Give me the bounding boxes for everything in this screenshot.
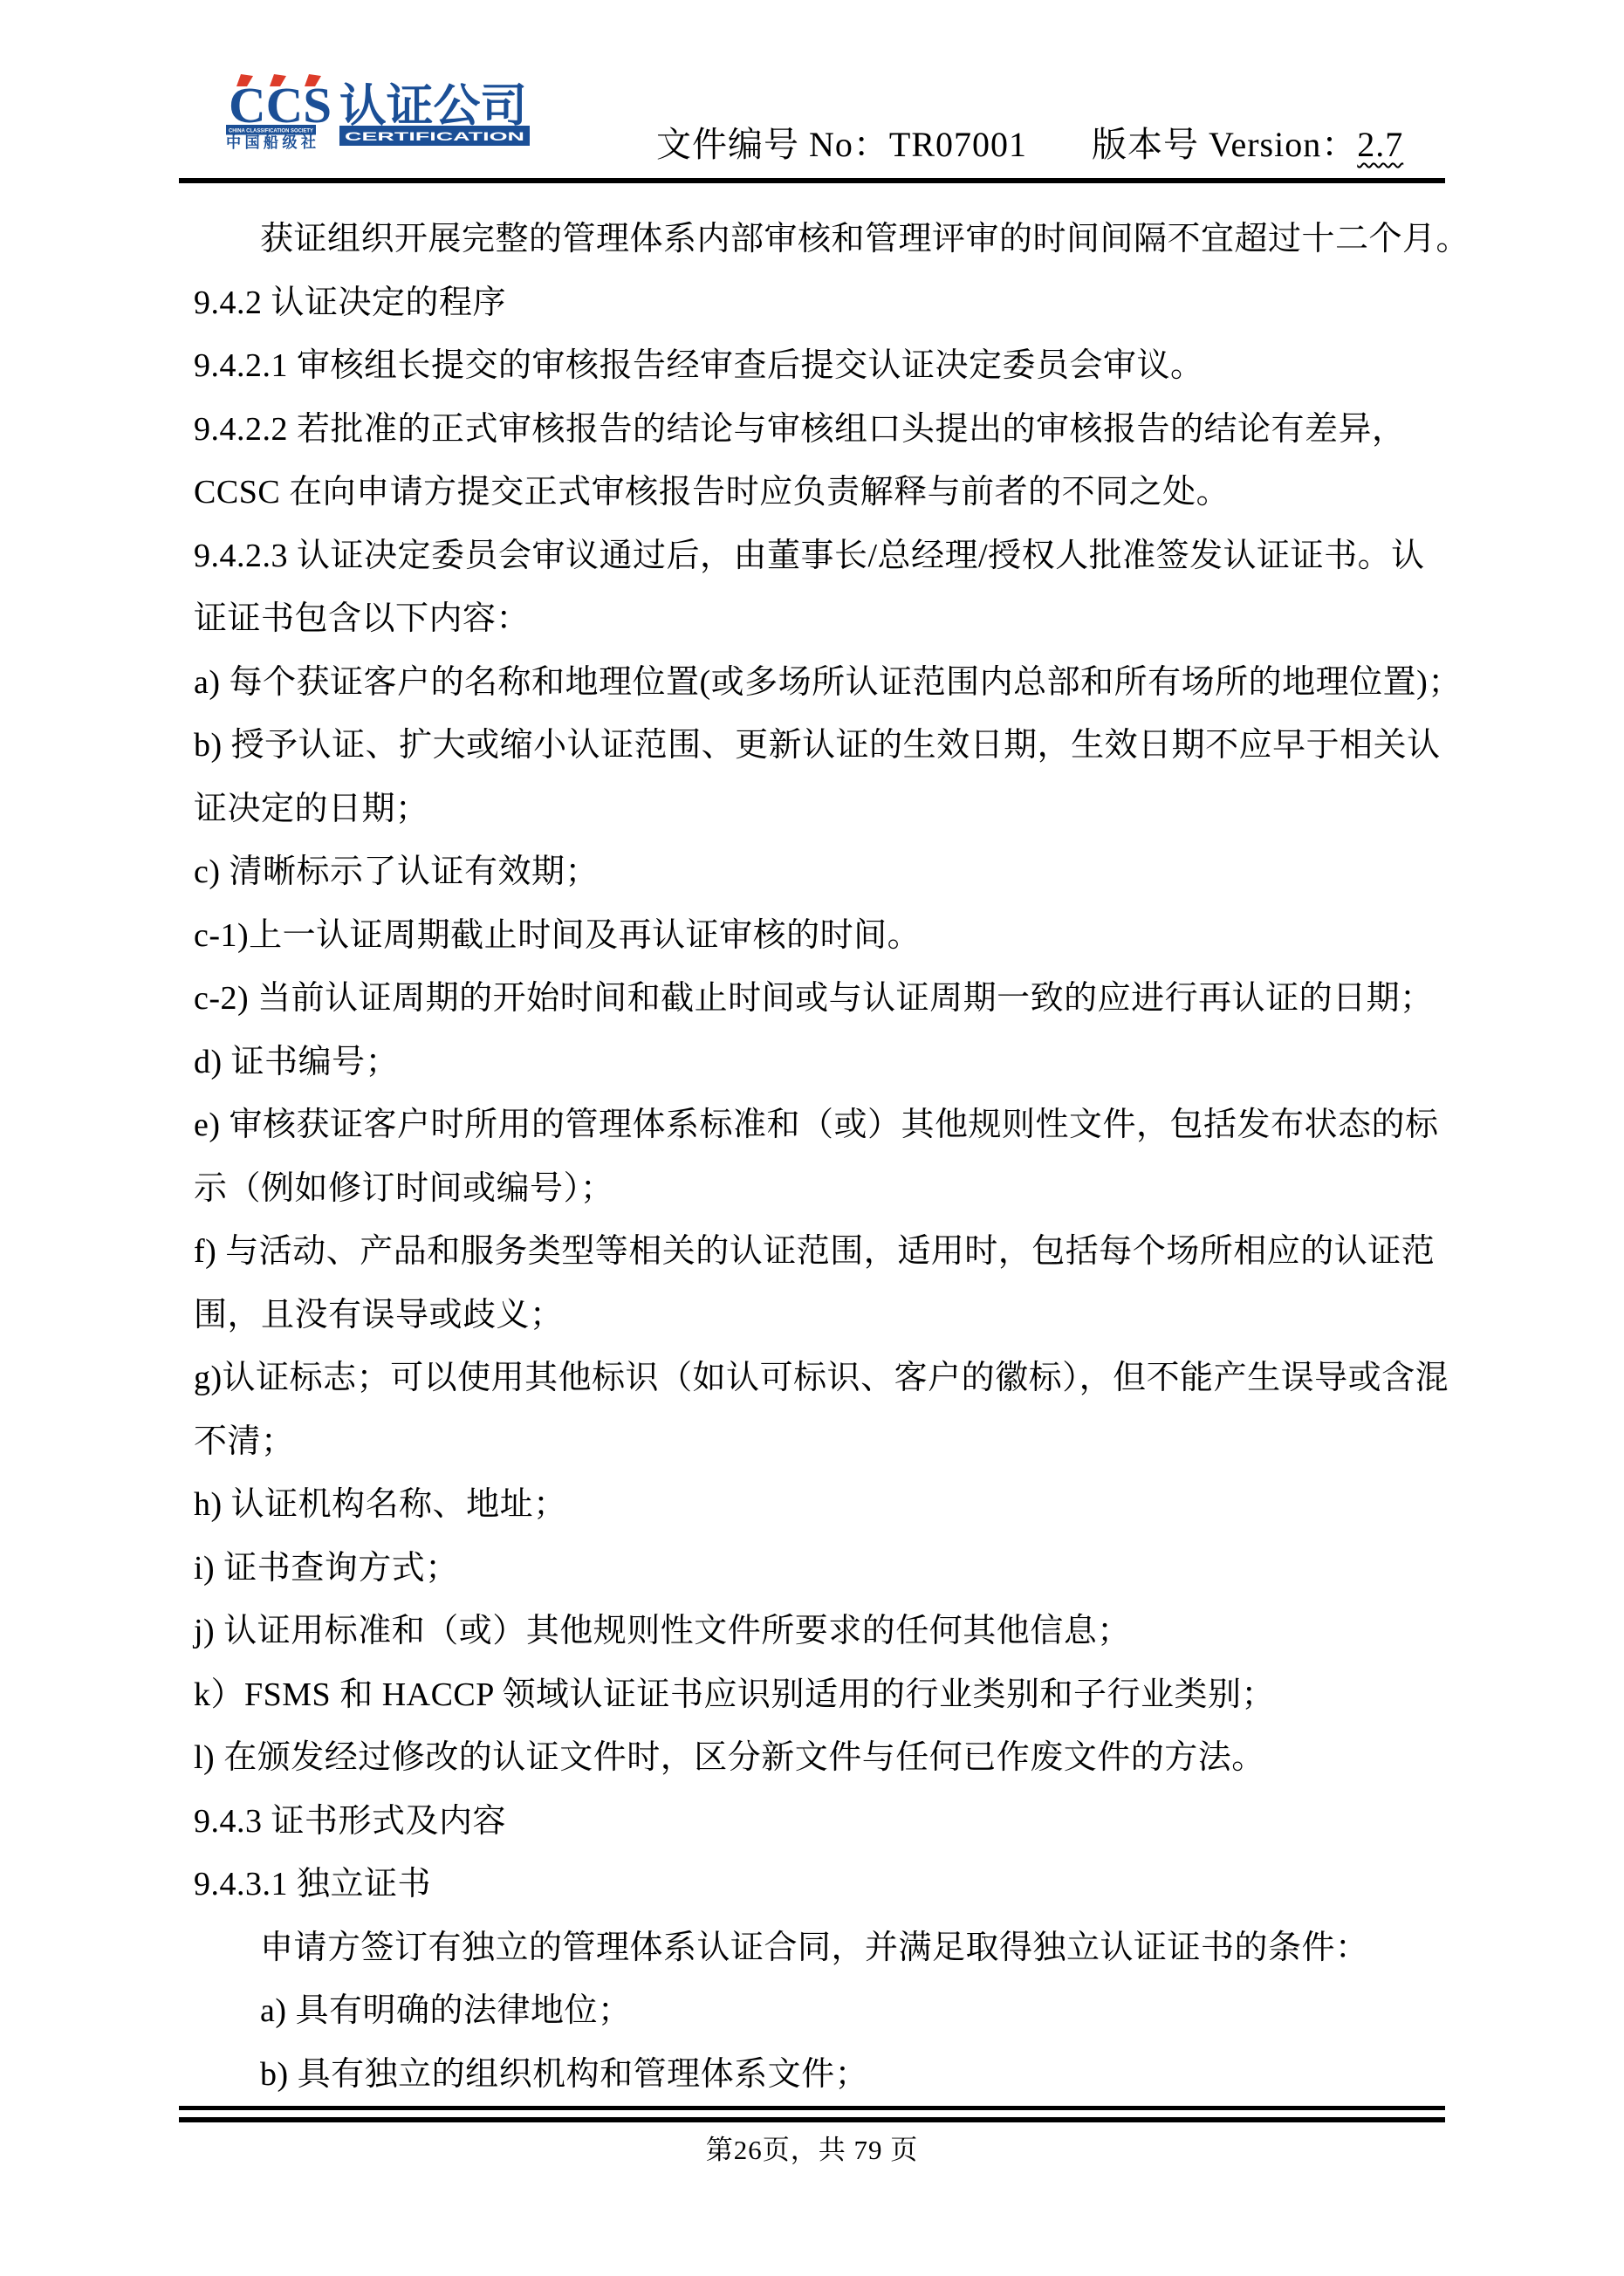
body-line: d) 证书编号； (194, 1031, 1447, 1094)
logo-society-en-text: CHINA CLASSIFICATION SOCIETY (229, 129, 313, 134)
body-line: g)认证标志；可以使用其他标识（如认可标识、客户的徽标），但不能产生误导或含混 (194, 1347, 1447, 1410)
footer-divider-top (179, 2106, 1445, 2110)
header-meta: 文件编号 No：TR07001版本号 Version：2.7 (656, 117, 1403, 167)
body-line: 证决定的日期； (194, 778, 1447, 841)
body-line: f) 与活动、产品和服务类型等相关的认证范围，适用时，包括每个场所相应的认证范 (194, 1220, 1447, 1284)
body-line: 示（例如修订时间或编号）； (194, 1157, 1447, 1221)
ccs-company-logo-icon: CCS CHINA CLASSIFICATION SOCIETY 中 国 船 级… (226, 72, 530, 150)
body-line: c) 清晰标示了认证有效期； (194, 840, 1447, 904)
body-line: j) 认证用标准和（或）其他规则性文件所要求的任何其他信息； (194, 1600, 1447, 1663)
body-line: 9.4.2.3 认证决定委员会审议通过后，由董事长/总经理/授权人批准签发认证证… (194, 524, 1447, 588)
body-line: l) 在颁发经过修改的认证文件时，区分新文件与任何已作废文件的方法。 (194, 1726, 1447, 1790)
document-page: CCS CHINA CLASSIFICATION SOCIETY 中 国 船 级… (0, 0, 1624, 2276)
body-line: h) 认证机构名称、地址； (194, 1473, 1447, 1537)
body-line: a) 具有明确的法律地位； (194, 1979, 1447, 2043)
body-line: b) 授予认证、扩大或缩小认证范围、更新认证的生效日期，生效日期不应早于相关认 (194, 714, 1447, 778)
footer-divider-bottom (179, 2117, 1445, 2122)
body-line: 9.4.2.2 若批准的正式审核报告的结论与审核组口头提出的审核报告的结论有差异… (194, 398, 1447, 462)
body-line: 申请方签订有独立的管理体系认证合同，并满足取得独立认证证书的条件： (194, 1916, 1447, 1980)
body-line: e) 审核获证客户时所用的管理体系标准和（或）其他规则性文件，包括发布状态的标 (194, 1093, 1447, 1157)
body-line: 9.4.3 证书形式及内容 (194, 1790, 1447, 1854)
version-value: 2.7 (1357, 125, 1403, 164)
body-line: c-1)上一认证周期截止时间及再认证审核的时间。 (194, 904, 1447, 968)
body-line: a) 每个获证客户的名称和地理位置(或多场所认证范围内总部和所有场所的地理位置)… (194, 651, 1447, 715)
logo-certification-text: CERTIFICATION (345, 129, 524, 143)
body-line: 获证组织开展完整的管理体系内部审核和管理评审的时间间隔不宜超过十二个月。 (194, 208, 1447, 271)
doc-number-label: 文件编号 No： (656, 125, 889, 164)
body-line: b) 具有独立的组织机构和管理体系文件； (194, 2043, 1447, 2107)
body-line: k）FSMS 和 HACCP 领域认证证书应识别适用的行业类别和子行业类别； (194, 1663, 1447, 1727)
body-line: 9.4.2 认证决定的程序 (194, 271, 1447, 335)
body-line: 不清； (194, 1410, 1447, 1474)
logo-society-cn-text: 中 国 船 级 社 (226, 134, 316, 150)
body-line: c-2) 当前认证周期的开始时间和截止时间或与认证周期一致的应进行再认证的日期； (194, 967, 1447, 1031)
body-line: 9.4.2.1 审核组长提交的审核报告经审查后提交认证决定委员会审议。 (194, 334, 1447, 398)
body-line: 证证书包含以下内容： (194, 587, 1447, 651)
version-label: 版本号 Version： (1092, 125, 1357, 164)
header-divider (179, 178, 1445, 183)
body-line: 9.4.3.1 独立证书 (194, 1853, 1447, 1916)
page-number: 第26页，共 79 页 (0, 2128, 1624, 2167)
body-line: i) 证书查询方式； (194, 1537, 1447, 1601)
logo-company-cn-text: 认证公司 (339, 82, 527, 132)
body-line: 围，且没有误导或歧义； (194, 1284, 1447, 1347)
doc-number-value: TR07001 (889, 125, 1027, 164)
body-line: CCSC 在向申请方提交正式审核报告时应负责解释与前者的不同之处。 (194, 461, 1447, 524)
document-body: 获证组织开展完整的管理体系内部审核和管理评审的时间间隔不宜超过十二个月。 9.4… (194, 208, 1447, 2106)
